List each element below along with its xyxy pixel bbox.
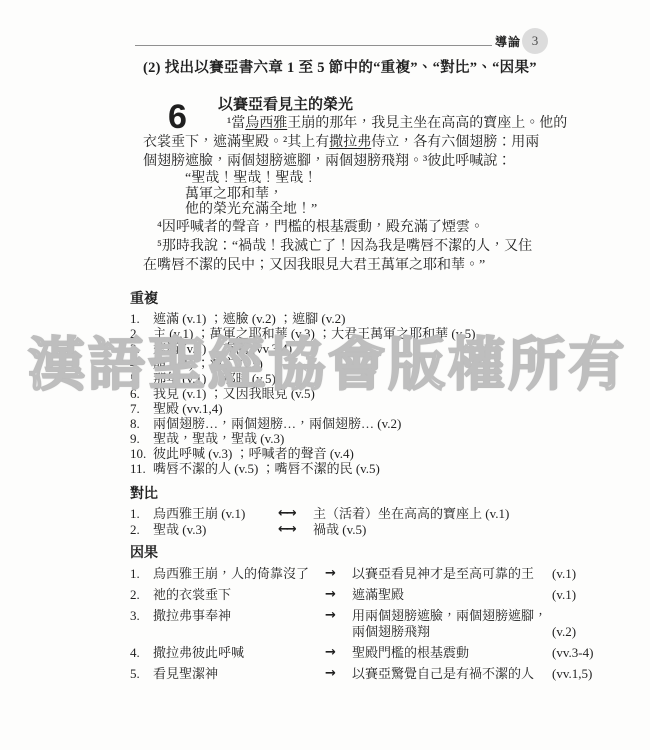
scripture-line: 在嘴唇不潔的民中；又因我眼見大君王萬軍之耶和華。” (143, 256, 515, 275)
item-text: 聖哉，聖哉，聖哉 (v.3) (153, 431, 600, 446)
verse-text: ¹當 (227, 116, 245, 131)
section-heading-cause-effect: 因果 (130, 545, 572, 563)
effect-cell: 聖殿門檻的根基震動(vv.3-4) (352, 645, 593, 661)
bidirectional-arrow-icon: ←→ (278, 522, 313, 538)
item-number: 7. (130, 401, 153, 416)
list-item: 1. 烏西雅王崩，人的倚靠沒了 → 以賽亞看見神才是至高可靠的王(v.1) (130, 566, 572, 582)
passage-title: 以賽亞看見主的榮光 (218, 96, 515, 114)
effect-text: 以賽亞看見神才是至高可靠的王 (352, 566, 552, 582)
item-text: 那年 (v.1) ；那時 (v.5) (153, 371, 600, 386)
contrast-right: 主（活着）坐在高高的寶座上 (v.1) (313, 506, 600, 522)
verse-ref: (vv.3-4) (552, 645, 593, 661)
cause-text: 祂的衣裳垂下 (153, 587, 325, 603)
list-item: 3. 撒拉弗事奉神 → 用兩個翅膀遮臉，兩個翅膀遮腳，兩個翅膀飛翔(v.2) (130, 608, 572, 640)
item-number: 9. (130, 431, 153, 446)
page-number-badge: 3 (522, 28, 548, 54)
list-item: 2. 聖哉 (v.3) ←→ 禍哉 (v.5) (130, 522, 600, 538)
scripture-line: ⁴因呼喊者的聲音，門檻的根基震動，殿充滿了煙雲。 (157, 218, 515, 237)
cause-text: 撒拉弗事奉神 (153, 608, 325, 640)
verse-text: 王崩的那年，我見主坐在高高的寶座上。他的 (287, 116, 567, 131)
page-number: 3 (532, 33, 539, 49)
item-number: 1. (130, 566, 153, 582)
item-number: 3. (130, 608, 153, 640)
item-text: 主 (v.1) ；萬軍之耶和華 (v.3) ；大君王萬軍之耶和華 (v.5) (153, 326, 600, 341)
effect-cell: 以賽亞驚覺自己是有禍不潔的人(vv.1,5) (352, 666, 592, 682)
right-arrow-icon: → (325, 645, 352, 661)
right-arrow-icon: → (325, 608, 352, 640)
task-heading: (2) 找出以賽亞書六章 1 至 5 節中的“重複”、“對比”、“因果” (143, 56, 537, 77)
cause-text: 烏西雅王崩，人的倚靠沒了 (153, 566, 325, 582)
list-item: 1. 烏西雅王崩 (v.1) ←→ 主（活着）坐在高高的寶座上 (v.1) (130, 506, 600, 522)
section-cause-effect: 因果 1. 烏西雅王崩，人的倚靠沒了 → 以賽亞看見神才是至高可靠的王(v.1)… (130, 545, 572, 682)
scripture-passage: 6 以賽亞看見主的榮光 ¹當烏西雅王崩的那年，我見主坐在高高的寶座上。他的 衣裳… (143, 96, 515, 275)
item-text: 彼此呼喊 (v.3) ；呼喊者的聲音 (v.4) (153, 446, 600, 461)
item-number: 5. (130, 371, 153, 386)
item-number: 8. (130, 416, 153, 431)
verse-text: 侍立，各有六個翅膀：用兩 (371, 135, 539, 150)
book-page: 導論 3 (2) 找出以賽亞書六章 1 至 5 節中的“重複”、“對比”、“因果… (0, 0, 650, 750)
effect-cell: 以賽亞看見神才是至高可靠的王(v.1) (352, 566, 576, 582)
effect-text: 用兩個翅膀遮臉，兩個翅膀遮腳，兩個翅膀飛翔 (352, 608, 552, 640)
effect-text: 聖殿門檻的根基震動 (352, 645, 552, 661)
chapter-number: 6 (168, 100, 186, 134)
item-number: 2. (130, 522, 153, 538)
list-item: 1.遮滿 (v.1) ；遮臉 (v.2) ；遮腳 (v.2) (130, 311, 600, 326)
list-item: 9.聖哉，聖哉，聖哉 (v.3) (130, 431, 600, 446)
list-item: 11.嘴唇不潔的人 (v.5) ；嘴唇不潔的民 (v.5) (130, 461, 600, 476)
right-arrow-icon: → (325, 587, 352, 603)
list-item: 6.我見 (v.1) ；又因我眼見 (v.5) (130, 386, 600, 401)
item-number: 11. (130, 461, 153, 476)
item-number: 6. (130, 386, 153, 401)
item-number: 4. (130, 356, 153, 371)
effect-cell: 用兩個翅膀遮臉，兩個翅膀遮腳，兩個翅膀飛翔(v.2) (352, 608, 576, 640)
item-number: 5. (130, 666, 153, 682)
item-text: 崩 (v.1) ；滅亡 (v.5) (153, 356, 600, 371)
item-text: 我見 (v.1) ；又因我眼見 (v.5) (153, 386, 600, 401)
list-item: 8.兩個翅膀…，兩個翅膀…，兩個翅膀… (v.2) (130, 416, 600, 431)
scripture-line: 個翅膀遮臉，兩個翅膀遮腳，兩個翅膀飛翔。³彼此呼喊說： (143, 152, 515, 171)
item-number: 1. (130, 311, 153, 326)
item-text: 遮滿 (v.1) ；充滿 (vv.3,4) (153, 341, 600, 356)
effect-text: 以賽亞驚覺自己是有禍不潔的人 (352, 666, 552, 682)
item-number: 2. (130, 587, 153, 603)
header-section-label: 導論 (495, 33, 521, 50)
section-heading-repetition: 重複 (130, 291, 600, 309)
list-item: 4. 撒拉弗彼此呼喊 → 聖殿門檻的根基震動(vv.3-4) (130, 645, 572, 661)
contrast-right: 禍哉 (v.5) (313, 522, 600, 538)
section-heading-contrast: 對比 (130, 486, 600, 504)
verse-ref: (v.1) (552, 587, 576, 603)
item-number: 1. (130, 506, 153, 522)
item-text: 兩個翅膀…，兩個翅膀…，兩個翅膀… (v.2) (153, 416, 600, 431)
proper-noun-underline: 撒拉弗 (329, 135, 371, 150)
section-repetition: 重複 1.遮滿 (v.1) ；遮臉 (v.2) ；遮腳 (v.2) 2.主 (v… (130, 291, 600, 476)
list-item: 5.那年 (v.1) ；那時 (v.5) (130, 371, 600, 386)
scripture-line: ¹當烏西雅王崩的那年，我見主坐在高高的寶座上。他的 (227, 114, 515, 133)
effect-cell: 遮滿聖殿(v.1) (352, 587, 576, 603)
list-item: 10.彼此呼喊 (v.3) ；呼喊者的聲音 (v.4) (130, 446, 600, 461)
header-rule (135, 45, 492, 46)
right-arrow-icon: → (325, 666, 352, 682)
scripture-line: 衣裳垂下，遮滿聖殿。²其上有撒拉弗侍立，各有六個翅膀：用兩 (143, 133, 515, 152)
section-contrast: 對比 1. 烏西雅王崩 (v.1) ←→ 主（活着）坐在高高的寶座上 (v.1)… (130, 486, 600, 538)
list-item: 7.聖殿 (vv.1,4) (130, 401, 600, 416)
verse-text: 衣裳垂下，遮滿聖殿。²其上有 (143, 135, 329, 150)
cause-text: 撒拉弗彼此呼喊 (153, 645, 325, 661)
item-text: 嘴唇不潔的人 (v.5) ；嘴唇不潔的民 (v.5) (153, 461, 600, 476)
contrast-left: 聖哉 (v.3) (153, 522, 278, 538)
right-arrow-icon: → (325, 566, 352, 582)
item-number: 4. (130, 645, 153, 661)
item-text: 遮滿 (v.1) ；遮臉 (v.2) ；遮腳 (v.2) (153, 311, 600, 326)
item-number: 2. (130, 326, 153, 341)
contrast-left: 烏西雅王崩 (v.1) (153, 506, 278, 522)
scripture-quote-line: “聖哉！聖哉！聖哉！ (185, 171, 515, 187)
list-item: 2.主 (v.1) ；萬軍之耶和華 (v.3) ；大君王萬軍之耶和華 (v.5) (130, 326, 600, 341)
verse-ref: (vv.1,5) (552, 666, 592, 682)
cause-effect-rows: 1. 烏西雅王崩，人的倚靠沒了 → 以賽亞看見神才是至高可靠的王(v.1) 2.… (130, 566, 572, 682)
list-item: 2. 祂的衣裳垂下 → 遮滿聖殿(v.1) (130, 587, 572, 603)
proper-noun-underline: 烏西雅 (245, 116, 287, 131)
scripture-line: ⁵那時我說：“禍哉！我滅亡了！因為我是嘴唇不潔的人，又住 (157, 237, 515, 256)
verse-ref: (v.2) (552, 624, 576, 640)
item-number: 10. (130, 446, 153, 461)
scripture-quote-line: 他的榮光充滿全地！” (185, 202, 515, 218)
verse-ref: (v.1) (552, 566, 576, 582)
item-text: 聖殿 (vv.1,4) (153, 401, 600, 416)
effect-text: 遮滿聖殿 (352, 587, 552, 603)
list-item: 3.遮滿 (v.1) ；充滿 (vv.3,4) (130, 341, 600, 356)
list-item: 4.崩 (v.1) ；滅亡 (v.5) (130, 356, 600, 371)
item-number: 3. (130, 341, 153, 356)
cause-text: 看見聖潔神 (153, 666, 325, 682)
bidirectional-arrow-icon: ←→ (278, 506, 313, 522)
list-item: 5. 看見聖潔神 → 以賽亞驚覺自己是有禍不潔的人(vv.1,5) (130, 666, 572, 682)
scripture-quote-line: 萬軍之耶和華， (185, 187, 515, 203)
